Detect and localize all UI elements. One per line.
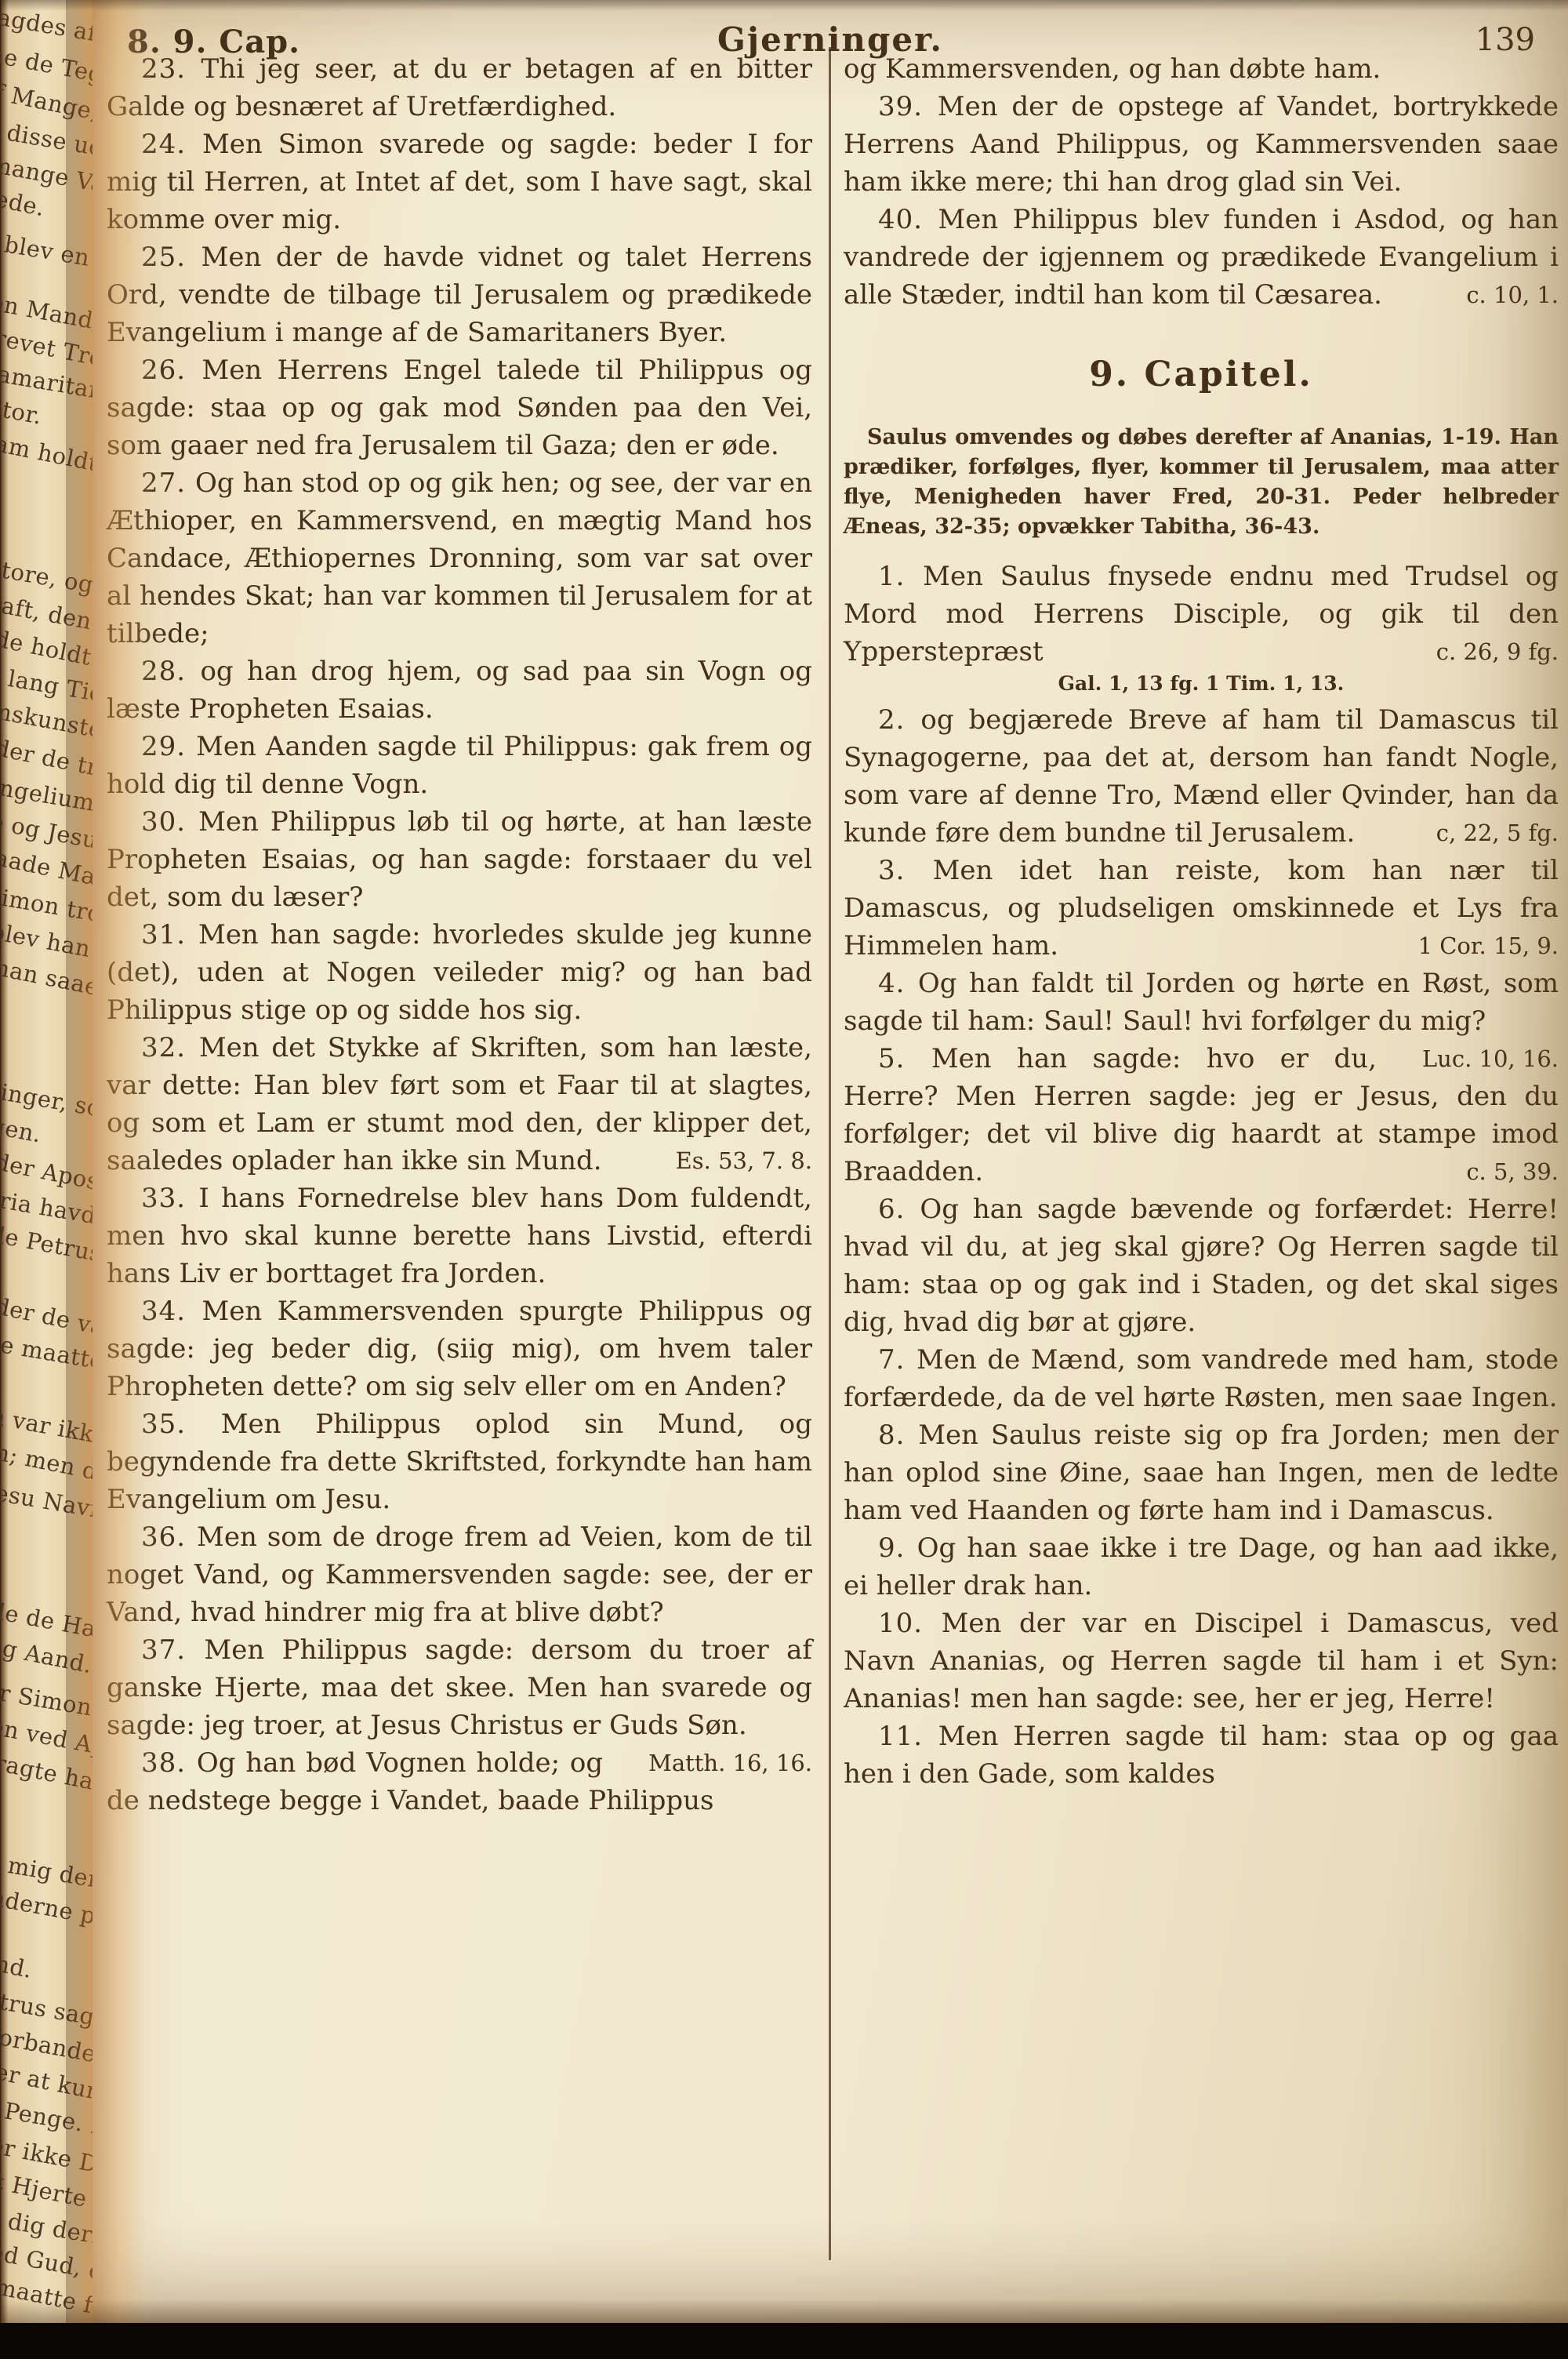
verse-number: 33. bbox=[141, 1183, 198, 1214]
cross-reference: Luc. 10, 16. bbox=[1388, 1040, 1559, 1078]
cross-reference: c. 26, 9 fg. bbox=[1402, 633, 1559, 671]
verse-number: 8. bbox=[878, 1419, 918, 1451]
verse-number: 5. bbox=[878, 1043, 931, 1074]
cross-reference: 1 Cor. 15, 9. bbox=[1384, 927, 1559, 965]
photo-bottom-edge bbox=[0, 2323, 1568, 2359]
left-page-fragment: nd. bbox=[0, 1950, 34, 1983]
verse-number: 32. bbox=[141, 1032, 199, 1063]
cross-reference: c. 5, 39. bbox=[1432, 1153, 1559, 1190]
verse-number: 9. bbox=[878, 1532, 917, 1564]
verse-number: 3. bbox=[878, 855, 933, 886]
left-page-fragment: nderne paa, han maa bbox=[0, 1884, 103, 1955]
verse-number: 25. bbox=[141, 242, 201, 273]
verse-number: 39. bbox=[878, 91, 938, 122]
left-page-fragment: han saae de Tegn og bbox=[0, 954, 103, 1027]
left-page-fragment: ragte han dem Penge bbox=[0, 1749, 103, 1825]
verse-paragraph: 9. Og han saae ikke i tre Dage, og han a… bbox=[844, 1529, 1559, 1605]
right-page: 8. 9. Cap. Gjerninger. 139 23. Thi jeg s… bbox=[93, 0, 1568, 2323]
reference-line: Gal. 1, 13 fg. 1 Tim. 1, 13. bbox=[844, 671, 1559, 696]
verse-paragraph: 31. Men han sagde: hvorledes skulde jeg … bbox=[107, 916, 812, 1029]
verse-number: 40. bbox=[878, 204, 938, 235]
verse-number: 2. bbox=[878, 704, 920, 736]
verse-paragraph: 39. Men der de opstege af Vandet, bortry… bbox=[844, 88, 1559, 201]
verse-paragraph: 33. I hans Fornedrelse blev hans Dom ful… bbox=[107, 1179, 812, 1292]
verse-number: 11. bbox=[878, 1721, 938, 1752]
left-page-fragment: de Petrus og Johan bbox=[0, 1220, 103, 1287]
verse-paragraph: 24. Men Simon svarede og sagde: beder I … bbox=[107, 125, 812, 238]
chapter-summary: Saulus omvendes og døbes derefter af Ana… bbox=[844, 423, 1559, 542]
verse-paragraph: 6. Og han sagde bævende og forfærdet: He… bbox=[844, 1190, 1559, 1341]
verse-paragraph: 40. Men Philippus blev funden i Asdod, o… bbox=[844, 201, 1559, 314]
left-page-fragment: stor. bbox=[0, 394, 44, 429]
verse-number: 29. bbox=[141, 731, 196, 762]
left-page-fragment: r blev en stor Glæde bbox=[0, 227, 103, 294]
cross-reference: Matth. 16, 16. bbox=[614, 1744, 812, 1782]
verse-number: 27. bbox=[141, 467, 195, 499]
cross-reference: c. 10, 1. bbox=[1432, 276, 1559, 314]
left-page-fragment: Jesu Navn. — bbox=[0, 1478, 103, 1530]
verse-number: 7. bbox=[878, 1344, 916, 1376]
verse-number: 10. bbox=[878, 1608, 942, 1639]
verse-number: 38. bbox=[141, 1747, 197, 1779]
cross-reference: Es. 53, 7. 8. bbox=[641, 1142, 812, 1179]
verse-paragraph: 10. Men der var en Discipel i Damascus, … bbox=[844, 1605, 1559, 1717]
verse-number: 36. bbox=[141, 1521, 197, 1553]
chapter-heading: 9. Capitel. bbox=[844, 354, 1559, 394]
verse-paragraph: 4. Og han faldt til Jorden og hørte en R… bbox=[844, 965, 1559, 1040]
verse-number: 30. bbox=[141, 806, 198, 838]
column-left: 23. Thi jeg seer, at du er betagen af en… bbox=[107, 50, 812, 1819]
verse-paragraph: 25. Men der de havde vidnet og talet Her… bbox=[107, 238, 812, 351]
verse-number: 1. bbox=[878, 561, 923, 592]
verse-paragraph: 35. Men Philippus oplod sin Mund, og beg… bbox=[107, 1405, 812, 1518]
verse-paragraph: 3. Men idet han reiste, kom han nær til … bbox=[844, 852, 1559, 965]
verse-paragraph: 2. og begjærede Breve af ham til Damascu… bbox=[844, 701, 1559, 852]
verse-number: 24. bbox=[141, 129, 202, 160]
verse-paragraph: 32. Men det Stykke af Skriften, som han … bbox=[107, 1029, 812, 1179]
verse-paragraph: 8. Men Saulus reiste sig op fra Jorden; … bbox=[844, 1416, 1559, 1529]
left-page-fragment: de maatte faae den bbox=[0, 1329, 103, 1393]
left-page-fragment: gen. bbox=[0, 1112, 44, 1147]
verse-number: 37. bbox=[141, 1634, 204, 1666]
left-page-edge: sagdes af Philipae de Tegn, som hf Mange… bbox=[0, 0, 103, 2323]
left-page-fragment: am holdt Alle sig bbox=[0, 430, 103, 495]
verse-number: 23. bbox=[141, 53, 201, 85]
verse-paragraph: 7. Men de Mænd, som vandrede med ham, st… bbox=[844, 1341, 1559, 1416]
verse-paragraph: 27. Og han stod op og gik hen; og see, d… bbox=[107, 464, 812, 652]
verse-paragraph: 1. Men Saulus fnysede endnu med Trudsel … bbox=[844, 558, 1559, 671]
verse-number: 6. bbox=[878, 1194, 920, 1225]
verse-paragraph: og Kammersvenden, og han døbte ham. bbox=[844, 50, 1559, 88]
verse-number: 31. bbox=[141, 919, 198, 951]
verse-paragraph: 23. Thi jeg seer, at du er betagen af en… bbox=[107, 50, 812, 125]
cross-reference: c, 22, 5 fg. bbox=[1402, 814, 1559, 852]
verse-paragraph: 36. Men som de droge frem ad Veien, kom … bbox=[107, 1518, 812, 1631]
verse-paragraph: 11. Men Herren sagde til ham: staa op og… bbox=[844, 1717, 1559, 1793]
verse-number: 35. bbox=[141, 1408, 221, 1440]
verse-paragraph: 30. Men Philippus løb til og hørte, at h… bbox=[107, 803, 812, 916]
column-divider bbox=[829, 47, 831, 2260]
left-page-fragment: ede. bbox=[0, 185, 47, 221]
verse-paragraph: 26. Men Herrens Engel talede til Philipp… bbox=[107, 351, 812, 464]
verse-number: 4. bbox=[878, 968, 918, 999]
verse-paragraph: 34. Men Kammersvenden spurgte Philippus … bbox=[107, 1292, 812, 1405]
verse-number: 26. bbox=[141, 354, 201, 386]
verse-number: 34. bbox=[141, 1296, 201, 1327]
verse-paragraph: 37. Men Philippus sagde: dersom du troer… bbox=[107, 1631, 812, 1744]
verse-paragraph: 29. Men Aanden sagde til Philippus: gak … bbox=[107, 728, 812, 803]
column-right: og Kammersvenden, og han døbte ham.39. M… bbox=[844, 50, 1559, 1793]
verse-number: 28. bbox=[141, 656, 200, 687]
verse-paragraph: 28. og han drog hjem, og sad paa sin Vog… bbox=[107, 652, 812, 728]
book-photo: sagdes af Philipae de Tegn, som hf Mange… bbox=[0, 0, 1568, 2359]
